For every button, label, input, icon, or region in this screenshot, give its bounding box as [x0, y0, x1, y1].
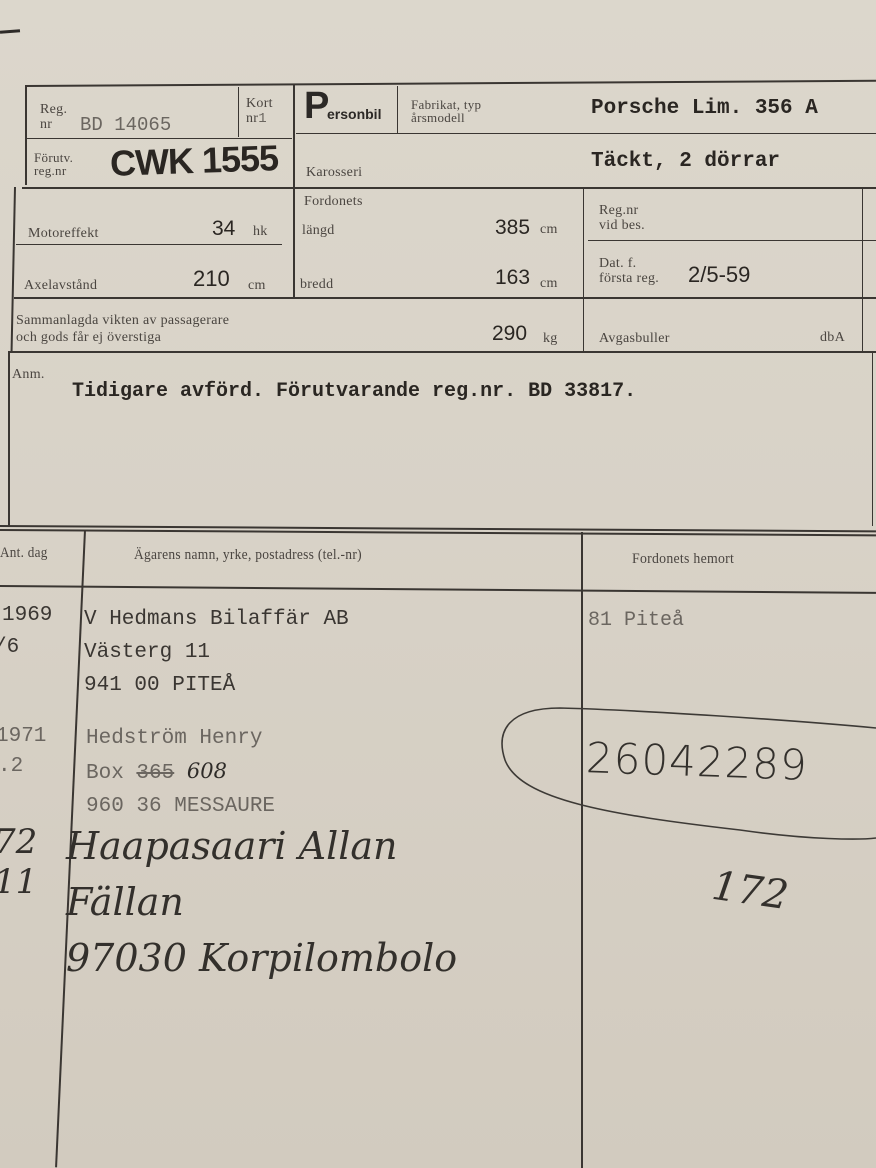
fabrikat-label: Fabrikat, typ årsmodell: [411, 98, 481, 124]
langd-label: längd: [302, 223, 335, 238]
row-date: 1971 .2: [0, 722, 46, 782]
row-home: 172: [709, 863, 791, 919]
owners-header-bottom: [0, 585, 876, 594]
card-top-border: [26, 80, 876, 87]
reg-label: Reg. nr: [40, 102, 67, 132]
vehicle-class-rest: ersonbil: [327, 106, 381, 122]
row-owner: V Hedmans Bilaffär AB Västerg 11 941 00 …: [84, 603, 349, 702]
vikt-value: 290: [492, 322, 527, 346]
axelavstand-label: Axelavstånd: [24, 278, 97, 293]
forutv-value: CWK 1555: [109, 137, 278, 185]
anm-value: Tidigare avförd. Förutvarande reg.nr. BD…: [72, 380, 636, 403]
row-home: 26042289: [585, 733, 808, 790]
personbil-right-divider: [397, 86, 398, 134]
vehicle-class-initial: P: [304, 86, 329, 126]
avgasbuller-label: Avgasbuller: [599, 331, 670, 346]
bredd-label: bredd: [300, 277, 333, 292]
kort-label: Kort nr1: [246, 96, 273, 127]
langd-unit: cm: [540, 222, 558, 237]
forsta-reg-value: 2/5-59: [688, 262, 750, 288]
kort-divider: [238, 87, 239, 137]
card-left-border: [25, 85, 27, 185]
regnr-vid-bes-label: Reg.nr vid bes.: [599, 203, 645, 233]
motoreffekt-unit: hk: [253, 224, 268, 239]
bredd-unit: cm: [540, 276, 558, 291]
regnr-divider: [588, 240, 876, 241]
fabrikat-value: Porsche Lim. 356 A: [591, 97, 818, 120]
bredd-value: 163: [495, 266, 530, 290]
motoreffekt-label: Motoreffekt: [28, 226, 99, 241]
row-date: 72 11: [0, 822, 37, 902]
karosseri-label: Karosseri: [306, 165, 362, 180]
row-owner: Hedström Henry Box 365 608 960 36 MESSAU…: [86, 722, 275, 823]
motoreffekt-value: 34: [212, 217, 235, 241]
reg-number-value: BD 14065: [80, 114, 171, 136]
personbil-left-divider: [293, 85, 295, 297]
forsta-reg-label: Dat. f. första reg.: [599, 256, 659, 286]
avgasbuller-unit: dbA: [820, 330, 845, 345]
fordonets-label: Fordonets: [304, 194, 363, 209]
box-new-handwritten: 608: [187, 759, 227, 783]
karosseri-value: Täckt, 2 dörrar: [591, 150, 780, 173]
right-edge-divider: [862, 187, 863, 351]
axelavstand-value: 210: [193, 266, 230, 292]
header-date: Ant. dag: [0, 546, 48, 561]
card-left-border-anm: [8, 351, 10, 526]
box-old-crossed: 365: [136, 762, 174, 785]
axelavstand-unit: cm: [248, 278, 266, 293]
header-home: Fordonets hemort: [632, 552, 734, 567]
row5-divider: [10, 351, 876, 353]
vikt-label: Sammanlagda vikten av passagerare och go…: [16, 312, 229, 346]
langd-value: 385: [495, 216, 530, 240]
anm-label: Anm.: [12, 367, 45, 382]
vikt-unit: kg: [543, 331, 558, 346]
row-home: 81 Piteå: [588, 609, 684, 632]
row-owner: Haapasaari Allan Fällan 97030 Korpilombo…: [66, 818, 457, 986]
row2-divider: [22, 187, 876, 189]
dimensions-right-divider: [583, 187, 584, 351]
kort-number-value: 1: [258, 111, 267, 127]
header-owner: Ägarens namn, yrke, postadress (tel.-nr): [134, 548, 362, 563]
row-date: 1969 /6: [2, 600, 52, 664]
stray-mark: [0, 29, 20, 33]
card-right-border-anm: [872, 351, 873, 526]
motor-divider: [16, 244, 282, 245]
forutv-label: Förutv. reg.nr: [34, 151, 73, 177]
row1-divider-right: [296, 133, 876, 134]
row4-divider: [14, 297, 876, 299]
